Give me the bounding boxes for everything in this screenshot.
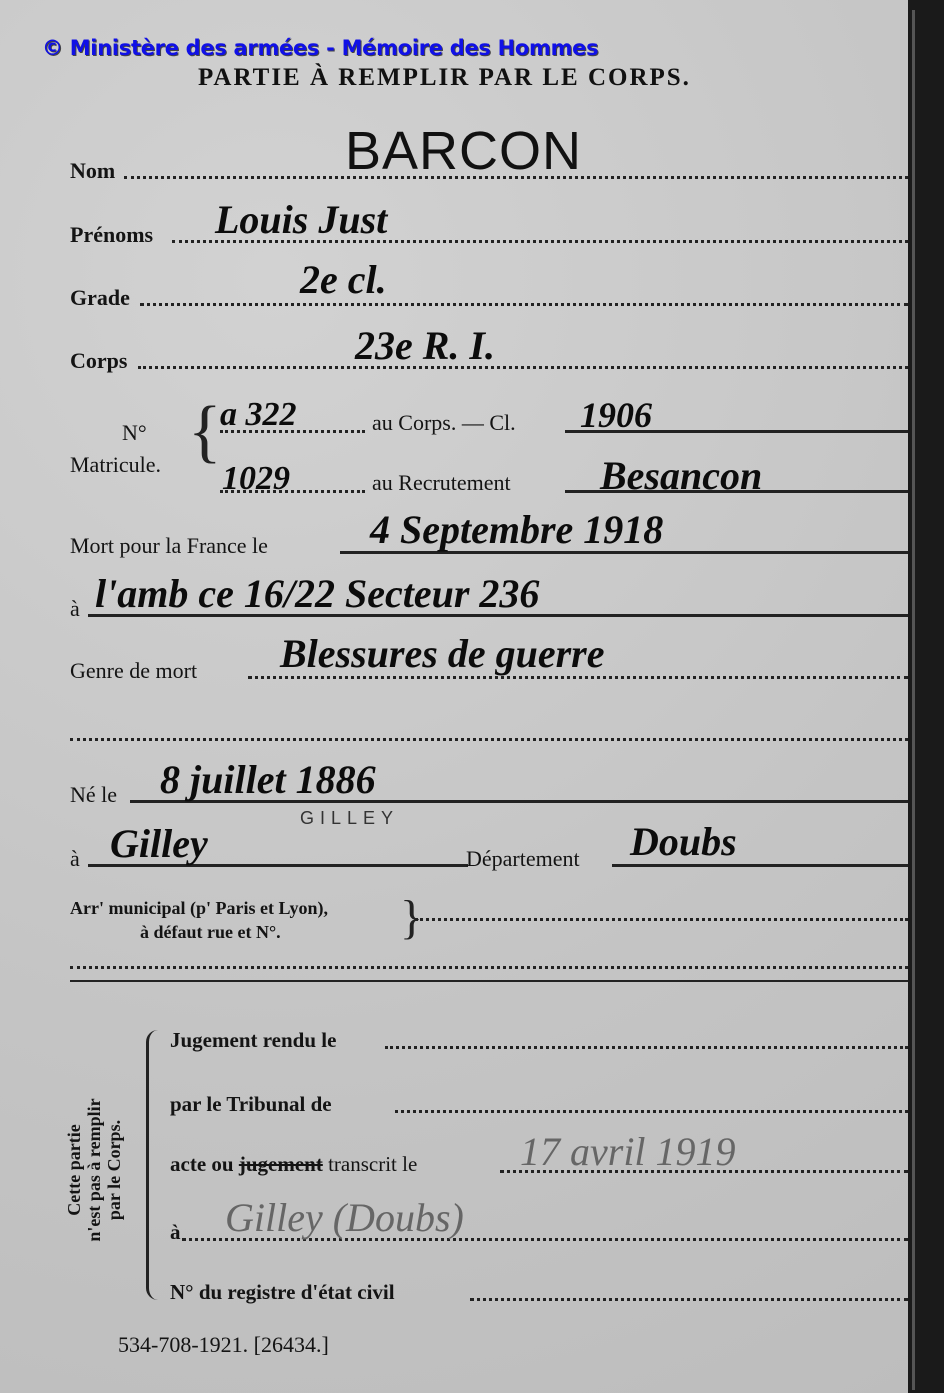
matricule-no-label: N° — [122, 420, 147, 446]
matricule-corps-no: a 322 — [220, 396, 297, 434]
a-value: Gilley (Doubs) — [225, 1194, 464, 1241]
side-note-line-1: Cette partie — [64, 1060, 84, 1280]
nom-label: Nom — [70, 158, 115, 184]
arr-label-1: Arr' municipal (p' Paris et Lyon), — [70, 898, 328, 919]
grade-value: 2e cl. — [300, 256, 387, 303]
jugement-label: Jugement rendu le — [170, 1028, 336, 1053]
genre-label: Genre de mort — [70, 658, 197, 684]
a-label: à — [170, 1220, 181, 1245]
prenoms-value: Louis Just — [215, 196, 387, 243]
jugement-line — [385, 1046, 908, 1049]
side-note-line-3: par le Corps. — [104, 1060, 124, 1280]
document-page: © Ministère des armées - Mémoire des Hom… — [0, 0, 908, 1393]
lieu-mort-label: à — [70, 596, 80, 622]
matricule-corps-line — [220, 430, 365, 433]
side-brace — [146, 1030, 163, 1300]
corps-line — [138, 366, 908, 369]
corps-label: Corps — [70, 348, 127, 374]
arr-line — [415, 918, 908, 921]
grade-line — [140, 303, 908, 306]
grade-label: Grade — [70, 285, 130, 311]
ne-value: 8 juillet 1886 — [160, 756, 376, 803]
form-reference: 534-708-1921. [26434.] — [118, 1332, 329, 1358]
matricule-recrutement-line — [220, 490, 365, 493]
departement-value: Doubs — [630, 818, 737, 865]
ne-label: Né le — [70, 782, 117, 808]
au-recrutement-label: au Recrutement — [372, 470, 511, 496]
mort-label: Mort pour la France le — [70, 533, 268, 559]
lieu-naissance-annotation: GILLEY — [300, 808, 399, 829]
arr-label-2: à défaut rue et N°. — [140, 922, 281, 943]
registre-line — [470, 1298, 908, 1301]
side-note: Cette partie n'est pas à remplir par le … — [64, 1060, 124, 1280]
lieu-mort-value: l'amb ce 16/22 Secteur 236 — [95, 570, 539, 617]
prenoms-label: Prénoms — [70, 222, 153, 248]
genre-value: Blessures de guerre — [280, 630, 604, 677]
copyright-watermark: © Ministère des armées - Mémoire des Hom… — [42, 36, 598, 60]
matricule-brace: { — [188, 392, 222, 472]
au-corps-label: au Corps. — Cl. — [372, 410, 516, 436]
mort-value: 4 Septembre 1918 — [370, 506, 663, 553]
registre-label: N° du registre d'état civil — [170, 1280, 395, 1305]
lieu-naissance-label: à — [70, 846, 80, 872]
transcrit-value: 17 avril 1919 — [520, 1128, 736, 1175]
side-note-line-2: n'est pas à remplir — [84, 1060, 104, 1280]
departement-label: Département — [466, 846, 580, 872]
tribunal-label: par le Tribunal de — [170, 1092, 332, 1117]
transcrit-label-b: transcrit le — [328, 1152, 417, 1176]
tribunal-line — [395, 1110, 908, 1113]
section-divider — [70, 980, 908, 982]
lieu-naissance-value: Gilley — [110, 820, 208, 867]
genre-line-2 — [70, 738, 908, 741]
matricule-label: Matricule. — [70, 452, 161, 478]
classe-value: 1906 — [580, 394, 652, 436]
scan-border — [908, 0, 944, 1393]
transcrit-label: acte ou jugement transcrit le — [170, 1152, 417, 1177]
transcrit-label-struck: jugement — [239, 1152, 323, 1176]
form-title: PARTIE À REMPLIR PAR LE CORPS. — [198, 64, 691, 92]
transcrit-label-a: acte ou — [170, 1152, 234, 1176]
nom-value: BARCON — [345, 120, 582, 182]
corps-value: 23e R. I. — [355, 322, 495, 369]
arr-line-2 — [70, 966, 908, 969]
recrutement-value: Besancon — [600, 452, 762, 499]
